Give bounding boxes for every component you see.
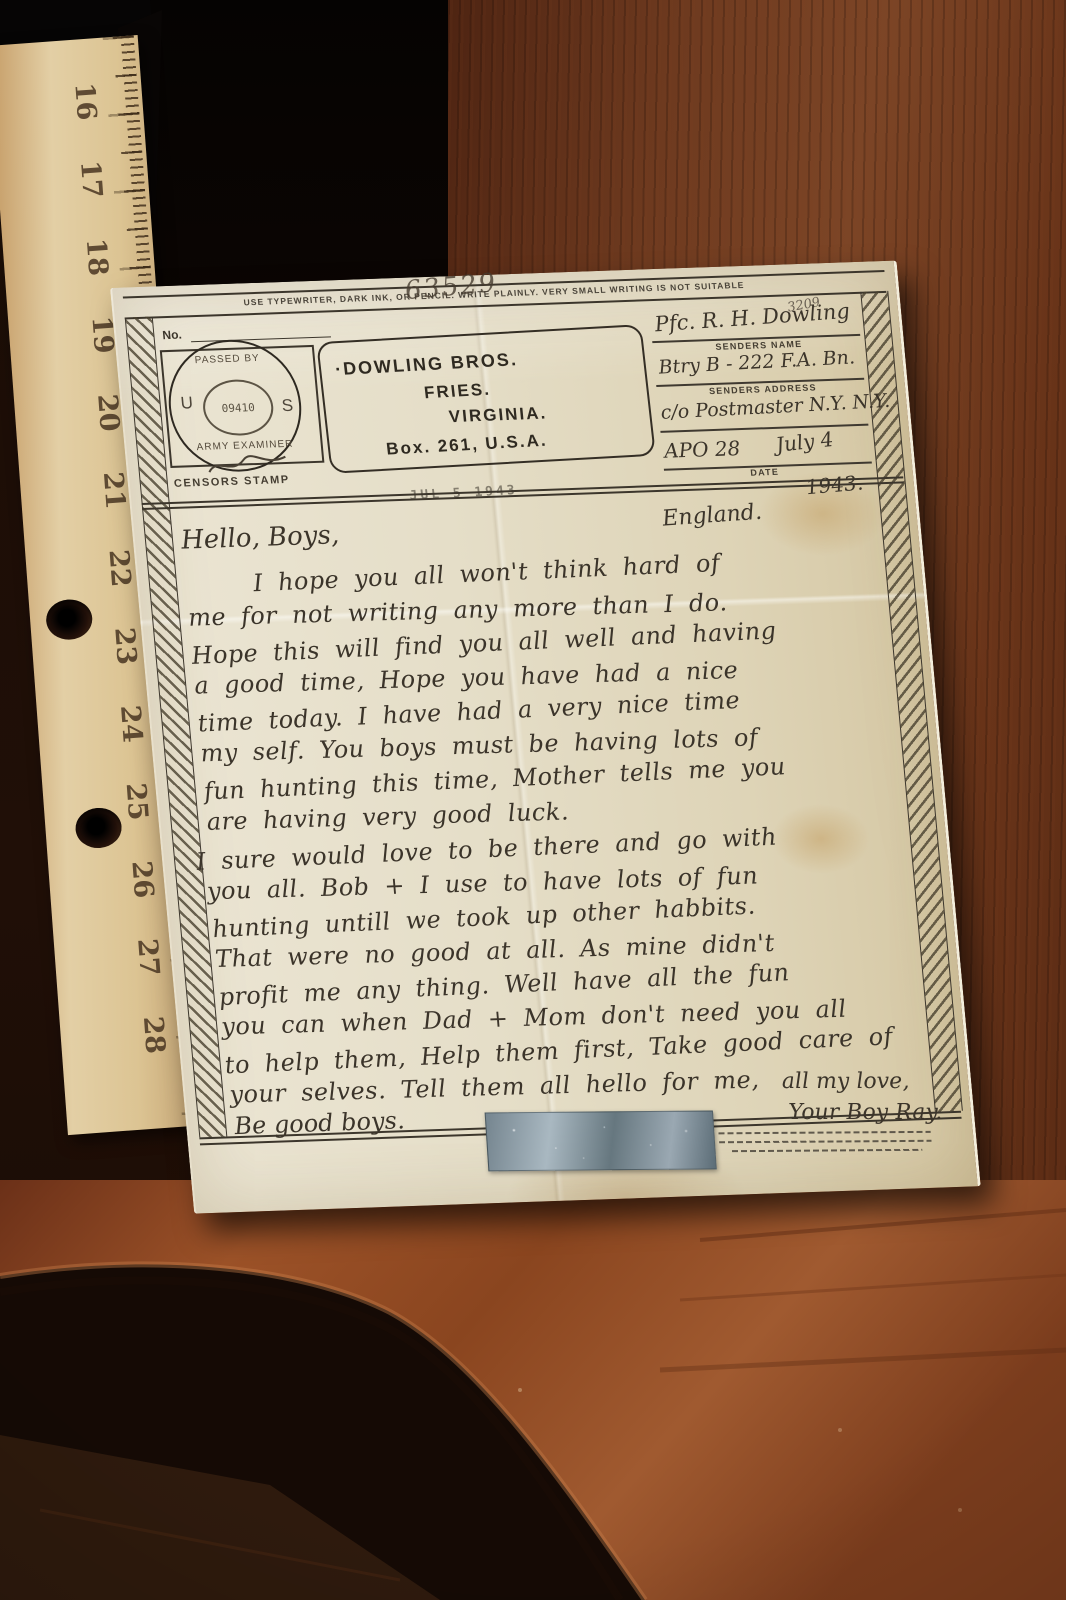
recipient-address-box: ·DOWLING BROS. FRIES. VIRGINIA. Box. 261… <box>316 324 656 474</box>
sender-date-day: July 4 <box>774 427 835 457</box>
censor-letter-u: U <box>180 393 194 413</box>
ruler-number: 21 <box>97 471 131 511</box>
fine-print-line <box>719 1140 931 1144</box>
place-line: England. <box>661 500 763 532</box>
ruler-number: 23 <box>109 626 143 666</box>
ruler-number: 16 <box>69 82 103 122</box>
sender-line-3 <box>660 424 868 433</box>
greeting: Hello, Boys, <box>180 520 341 555</box>
censor-stamp-label: CENSORS STAMP <box>173 474 290 490</box>
ruler-number: 26 <box>126 860 160 900</box>
photo-scene: 16 17 18 19 20 21 22 23 24 25 26 27 28 <box>0 0 1066 1600</box>
vmail-letter: USE TYPEWRITER, DARK INK, OR PENCIL. WRI… <box>110 261 981 1214</box>
address-line: FRIES. <box>423 380 492 404</box>
censor-passed-by: PASSED BY <box>194 353 260 366</box>
fine-print-line <box>732 1149 922 1153</box>
signature-line: Your Boy Ray. <box>788 1100 943 1125</box>
body-line: are having very good luck. <box>206 797 570 835</box>
ruler-number: 22 <box>103 548 137 588</box>
signature-line: all my love, <box>781 1069 910 1094</box>
address-line: VIRGINIA. <box>448 403 548 427</box>
sender-date-label: DATE <box>750 467 780 478</box>
censor-number: 09410 <box>221 401 255 415</box>
censor-letter-s: S <box>281 396 294 416</box>
ruler-number: 17 <box>74 159 108 199</box>
ruler-number: 27 <box>132 937 166 977</box>
closing: Be good boys. <box>233 1106 405 1140</box>
ruler-hole <box>74 806 123 849</box>
address-line: ·DOWLING BROS. <box>334 349 519 380</box>
ruler-hole <box>45 598 94 641</box>
sender-name-value: Pfc. R. H. Dowling <box>653 299 851 337</box>
vmail-foil-sticker <box>485 1110 717 1171</box>
no-label: No. <box>162 328 183 343</box>
ruler-number: 18 <box>80 237 114 277</box>
address-line: Box. 261, U.S.A. <box>385 431 548 460</box>
ruler-number: 28 <box>137 1015 171 1055</box>
ruler-number: 25 <box>120 782 154 822</box>
sender-apo: APO 28 <box>663 436 741 463</box>
wooden-shelf <box>0 1180 1066 1600</box>
fine-print-line <box>718 1131 930 1135</box>
ruler-number: 24 <box>114 704 148 744</box>
